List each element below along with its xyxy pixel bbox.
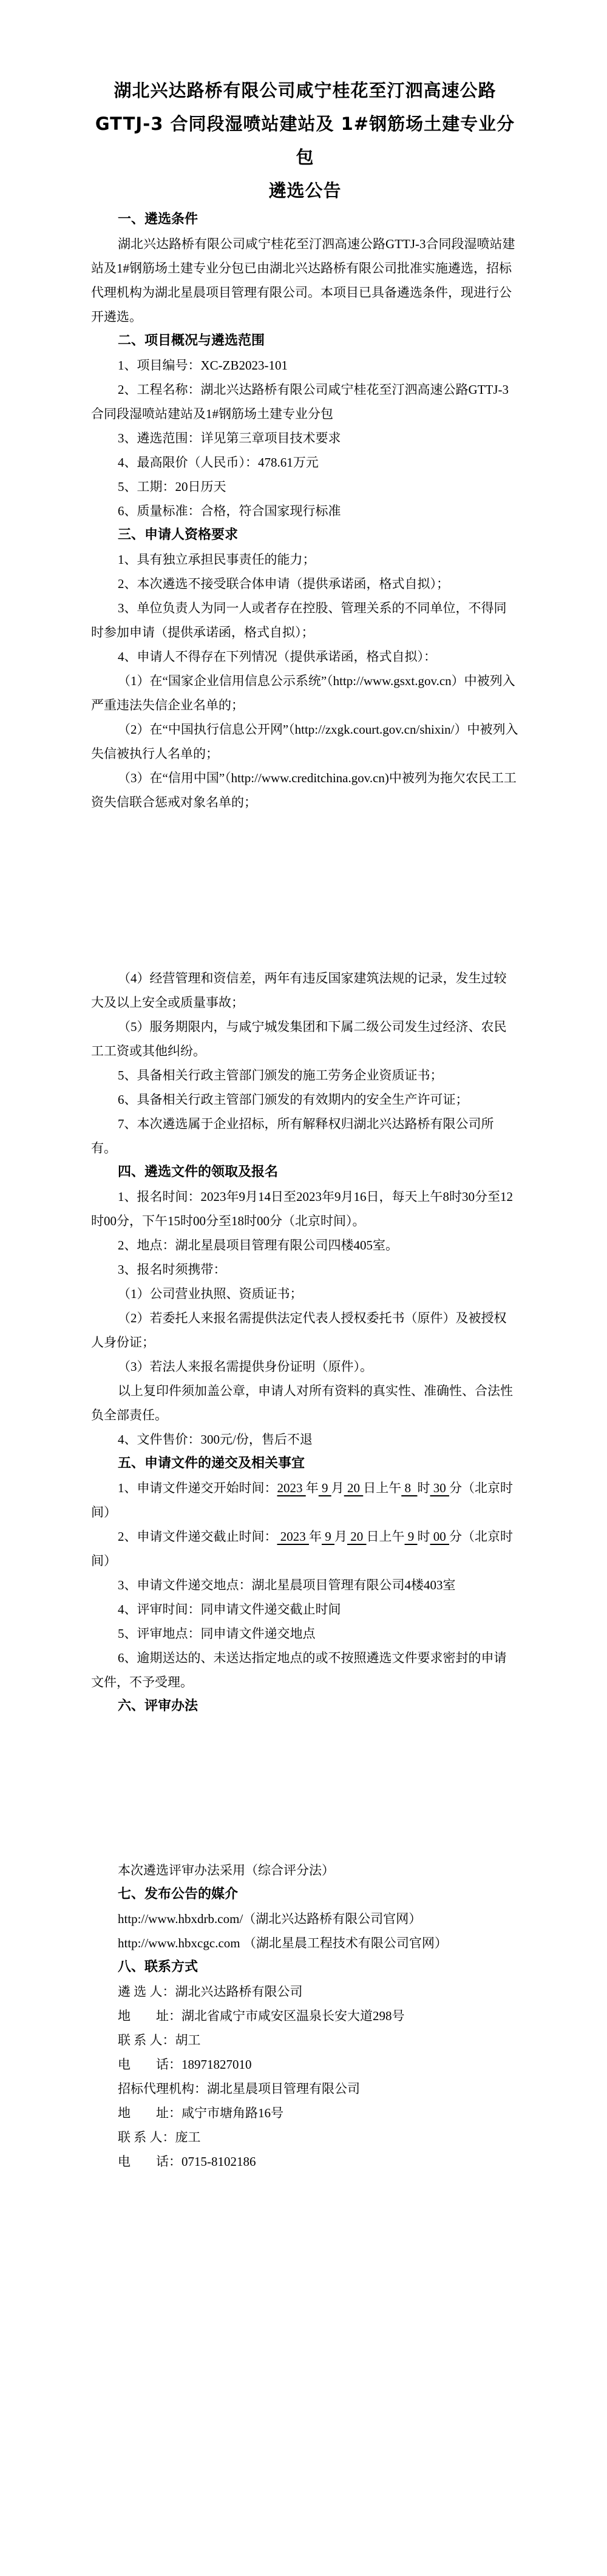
section-3-item: 3、单位负责人为同一人或者存在控股、管理关系的不同单位，不得同时参加申请（提供承… [91,596,519,644]
filled-blank-year: 2023 [277,1481,306,1495]
section-2-item: 3、遴选范围：详见第三章项目技术要求 [91,426,519,450]
section-5-item: 3、申请文件递交地点：湖北星晨项目管理有限公司4楼403室 [91,1573,519,1597]
section-5-item: 6、逾期送达的、未送达指定地点的或不按照遴选文件要求密封的申请文件，不予受理。 [91,1646,519,1694]
section-2-item: 1、项目编号：XC-ZB2023-101 [91,353,519,377]
section-3-subitem: （2）在“中国执行信息公开网”（http://zxgk.court.gov.cn… [91,717,519,766]
section-8-heading: 八、联系方式 [91,1955,519,1979]
section-4-item: 1、报名时间：2023年9月14日至2023年9月16日，每天上午8时30分至1… [91,1185,519,1233]
filled-blank-year: 2023 [277,1529,310,1544]
document-title: 湖北兴达路桥有限公司咸宁桂花至汀泗高速公路 GTTJ-3 合同段湿喷站建站及 1… [91,74,519,208]
filled-blank-month: 9 [322,1529,334,1544]
section-3-item: 4、申请人不得存在下列情况（提供承诺函，格式自拟）： [91,644,519,669]
contact-agency-name: 招标代理机构：湖北星晨项目管理有限公司 [91,2077,519,2101]
announcement-media-url: http://www.hbxdrb.com/（湖北兴达路桥有限公司官网） [91,1907,519,1931]
section-6-paragraph: 本次遴选评审办法采用（综合评分法） [91,1858,519,1882]
section-5-item-start-time: 1、申请文件递交开始时间：2023 年 9 月 20 日上午 8 时 30 分（… [91,1476,519,1524]
section-1-paragraph: 湖北兴达路桥有限公司咸宁桂花至汀泗高速公路GTTJ-3合同段湿喷站建站及1#钢筋… [91,232,519,329]
section-3-item: 5、具备相关行政主管部门颁发的施工劳务企业资质证书； [91,1063,519,1087]
section-5-item: 4、评审时间：同申请文件递交截止时间 [91,1597,519,1621]
document-title-line-1: 湖北兴达路桥有限公司咸宁桂花至汀泗高速公路 [91,74,519,107]
announcement-document-page: 湖北兴达路桥有限公司咸宁桂花至汀泗高速公路 GTTJ-3 合同段湿喷站建站及 1… [0,0,607,2576]
section-4-note: 以上复印件须加盖公章，申请人对所有资料的真实性、准确性、合法性负全部责任。 [91,1379,519,1427]
contact-selector-name: 遴 选 人：湖北兴达路桥有限公司 [91,1979,519,2004]
page-break-gap [91,1719,519,1858]
filled-blank-month: 9 [319,1481,331,1495]
section-4-subitem: （2）若委托人来报名需提供法定代表人授权委托书（原件）及被授权人身份证； [91,1306,519,1354]
contact-agency-phone: 电 话：0715-8102186 [91,2149,519,2174]
section-2-item: 4、最高限价（人民币）：478.61万元 [91,450,519,475]
contact-agency-address: 地 址：咸宁市塘角路16号 [91,2101,519,2125]
section-3-item: 2、本次遴选不接受联合体申请（提供承诺函，格式自拟）； [91,572,519,596]
section-4-subitem: （3）若法人来报名需提供身份证明（原件）。 [91,1354,519,1379]
filled-blank-minute: 30 [430,1481,450,1495]
section-2-heading: 二、项目概况与遴选范围 [91,329,519,353]
filled-blank-hour: 9 [405,1529,418,1544]
page-break-gap [91,814,519,966]
contact-selector-phone: 电 话：18971827010 [91,2052,519,2077]
contact-selector-address: 地 址：湖北省咸宁市咸安区温泉长安大道298号 [91,2004,519,2028]
label-text: 1、申请文件递交开始时间： [118,1481,277,1495]
contact-selector-person: 联 系 人：胡工 [91,2028,519,2052]
document-title-line-3: 遴选公告 [91,174,519,208]
contact-agency-person: 联 系 人：庞工 [91,2125,519,2149]
section-2-item: 6、质量标准：合格，符合国家现行标准 [91,499,519,523]
section-3-subitem: （1）在“国家企业信用信息公示系统”（http://www.gsxt.gov.c… [91,669,519,717]
section-3-subitem: （4）经营管理和资信差，两年有违反国家建筑法规的记录，发生过较大及以上安全或质量… [91,966,519,1015]
section-3-item: 7、本次遴选属于企业招标，所有解释权归湖北兴达路桥有限公司所有。 [91,1112,519,1160]
section-3-heading: 三、申请人资格要求 [91,523,519,547]
section-4-item: 4、文件售价：300元/份，售后不退 [91,1427,519,1452]
section-3-subitem: （5）服务期限内，与咸宁城发集团和下属二级公司发生过经济、农民工工资或其他纠纷。 [91,1015,519,1063]
announcement-media-url: http://www.hbxcgc.com （湖北星晨工程技术有限公司官网） [91,1931,519,1955]
section-2-item: 2、工程名称：湖北兴达路桥有限公司咸宁桂花至汀泗高速公路GTTJ-3合同段湿喷站… [91,377,519,426]
section-4-subitem: （1）公司营业执照、资质证书； [91,1282,519,1306]
filled-blank-day: 20 [347,1529,367,1544]
section-3-item: 1、具有独立承担民事责任的能力； [91,547,519,572]
section-4-item: 2、地点：湖北星晨项目管理有限公司四楼405室。 [91,1233,519,1257]
section-4-heading: 四、遴选文件的领取及报名 [91,1160,519,1185]
section-5-item-deadline: 2、申请文件递交截止时间： 2023 年 9 月 20 日上午 9 时 00 分… [91,1524,519,1573]
section-5-item: 5、评审地点：同申请文件递交地点 [91,1621,519,1646]
section-1-heading: 一、遴选条件 [91,208,519,232]
section-2-item: 5、工期：20日历天 [91,475,519,499]
document-title-line-2: GTTJ-3 合同段湿喷站建站及 1#钢筋场土建专业分包 [91,107,519,174]
filled-blank-minute: 00 [430,1529,450,1544]
section-4-item: 3、报名时须携带： [91,1257,519,1282]
section-5-heading: 五、申请文件的递交及相关事宜 [91,1452,519,1476]
section-6-heading: 六、评审办法 [91,1694,519,1719]
filled-blank-hour: 8 [401,1481,417,1495]
section-3-subitem: （3）在“信用中国”（http://www.creditchina.gov.cn… [91,766,519,814]
section-7-heading: 七、发布公告的媒介 [91,1882,519,1907]
filled-blank-day: 20 [344,1481,364,1495]
label-text: 2、申请文件递交截止时间： [118,1529,277,1544]
section-3-item: 6、具备相关行政主管部门颁发的有效期内的安全生产许可证； [91,1087,519,1112]
